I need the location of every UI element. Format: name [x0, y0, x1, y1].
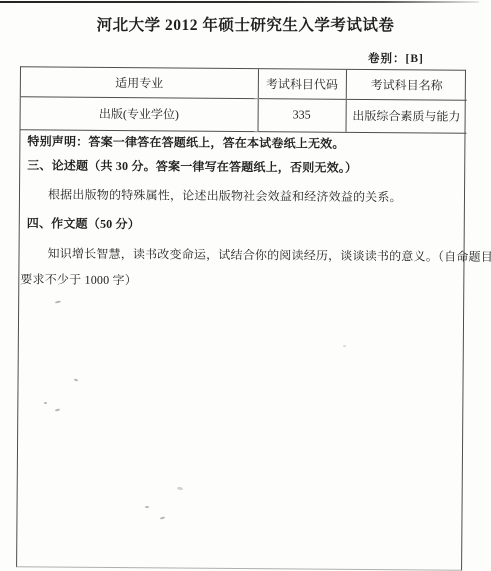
header-subject-code: 考试科目代码 [258, 69, 346, 99]
question3-text: 根据出版物的特殊属性，论述出版物社会效益和经济效益的关系。 [20, 186, 466, 207]
scan-speck [44, 402, 47, 404]
scan-speck [145, 506, 149, 508]
question4-text-line2: 要求不少于 1000 字） [19, 271, 465, 292]
header-subject-name: 考试科目名称 [346, 70, 467, 100]
cell-applicable-major: 出版(专业学位) [21, 96, 258, 131]
question3-heading: 三、论述题（共 30 分。答案一律写在答题纸上，否则无效。） [20, 157, 466, 178]
exam-info-table: 适用专业 考试科目代码 考试科目名称 出版(专业学位) 335 出版综合素质与能… [21, 67, 467, 133]
scan-speck [343, 345, 346, 347]
cell-subject-code: 335 [258, 98, 346, 132]
question4-heading: 四、作文题（50 分） [20, 215, 466, 236]
exam-content-box: 适用专业 考试科目代码 考试科目名称 出版(专业学位) 335 出版综合素质与能… [16, 66, 466, 570]
scanned-exam-page: 河北大学 2012 年硕士研究生入学考试试卷 卷别：[B] 适用专业 考试科目代… [0, 0, 491, 571]
cell-subject-name: 出版综合素质与能力 [346, 99, 467, 133]
info-table-data-row: 出版(专业学位) 335 出版综合素质与能力 [21, 96, 467, 133]
page-title: 河北大学 2012 年硕士研究生入学考试试卷 [0, 13, 491, 35]
scan-edge-artifact [0, 1, 479, 3]
header-applicable-major: 适用专业 [21, 67, 258, 98]
question4-text-line1: 知识增长智慧，读书改变命运，试结合你的阅读经历，谈谈读书的意义。（自命题目， [19, 245, 465, 266]
special-notice: 特别声明：答案一律答在答题纸上，答在本试卷纸上无效。 [20, 133, 466, 154]
info-table-header-row: 适用专业 考试科目代码 考试科目名称 [21, 67, 467, 100]
paper-type-label: 卷别：[B] [368, 50, 424, 66]
